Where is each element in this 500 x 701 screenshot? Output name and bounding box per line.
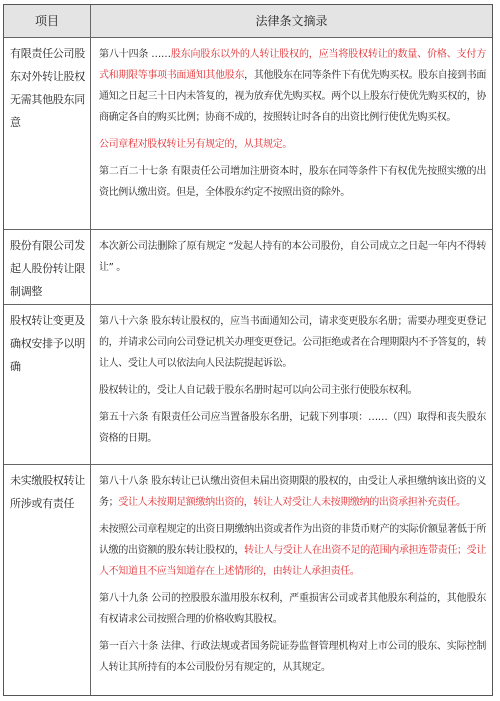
table-row: 未实缴股权转让所涉或有责任 第八十八条 股东转让已认缴出资但未届出资期限的股权的… [4,464,492,695]
item-cell: 股权转让变更及确权安排予以明确 [4,305,90,464]
law-text: 股权转让的，受让人自记载于股东名册时起可以向公司主张行使股东权利。 [99,385,417,396]
law-paragraph: 第二百二十七条 有限责任公司增加注册资本时，股东在同等条件下有权优先按照实缴的出… [99,161,486,203]
item-label: 股权转让变更及确权安排予以明确 [4,305,90,378]
table-row: 股权转让变更及确权安排予以明确 第八十六条 股东转让股权的，应当书面通知公司，请… [4,304,492,464]
item-label: 股份有限公司发起人股份转让限制调整 [4,230,90,303]
law-cell: 第八十八条 股东转让已认缴出资但未届出资期限的股权的，由受让人承担缴纳该出资的义… [90,465,492,695]
law-paragraph: 第八十九条 公司的控股股东滥用股东权利，严重损害公司或者其他股东利益的，其他股东… [99,588,486,630]
law-comparison-table: 项目 法律条文摘录 有限责任公司股东对外转让股权无需其他股东同意 第八十四条 …… [3,4,493,696]
highlighted-text: 受让人未按期足额缴纳出资的，转让人对受让人未按期缴纳的出资承担补充责任。 [118,497,465,508]
law-paragraph: 第一百六十条 法律、行政法规或者国务院证券监督管理机构对上市公司的股东、实际控制… [99,636,486,678]
law-paragraph: 第八十四条 ……股东向股东以外的人转让股权的，应当将股权转让的数量、价格、支付方… [99,44,486,128]
law-paragraph: 第八十六条 股东转让股权的，应当书面通知公司，请求变更股东名册；需要办理变更登记… [99,311,486,374]
highlighted-text: 公司章程对股权转让另有规定的，从其规定。 [99,139,292,150]
item-label: 未实缴股权转让所涉或有责任 [4,465,90,515]
law-paragraph: 股权转让的，受让人自记载于股东名册时起可以向公司主张行使股东权利。 [99,380,486,401]
law-paragraphs: 第八十四条 ……股东向股东以外的人转让股权的，应当将股权转让的数量、价格、支付方… [91,38,492,203]
law-paragraphs: 本次新公司法删除了原有规定 “发起人持有的本公司股份，自公司成立之日起一年内不得… [91,230,492,278]
law-paragraph: 公司章程对股权转让另有规定的，从其规定。 [99,134,486,155]
law-text: 本次新公司法删除了原有规定 “发起人持有的本公司股份，自公司成立之日起一年内不得… [99,241,486,273]
header-cell-law: 法律条文摘录 [90,5,492,37]
law-cell: 第八十四条 ……股东向股东以外的人转让股权的，应当将股权转让的数量、价格、支付方… [90,38,492,229]
law-text: 第八十六条 股东转让股权的，应当书面通知公司，请求变更股东名册；需要办理变更登记… [99,316,486,369]
item-cell: 未实缴股权转让所涉或有责任 [4,465,90,695]
table-row: 有限责任公司股东对外转让股权无需其他股东同意 第八十四条 ……股东向股东以外的人… [4,37,492,229]
law-paragraph: 本次新公司法删除了原有规定 “发起人持有的本公司股份，自公司成立之日起一年内不得… [99,236,486,278]
law-paragraph: 第五十六条 有限责任公司应当置备股东名册，记载下列事项：……（四）取得和丧失股东… [99,407,486,449]
law-paragraphs: 第八十八条 股东转让已认缴出资但未届出资期限的股权的，由受让人承担缴纳该出资的义… [91,465,492,678]
law-text: 第八十四条 …… [99,49,171,60]
law-text: 第五十六条 有限责任公司应当置备股东名册，记载下列事项：……（四）取得和丧失股东… [99,412,486,444]
table-header-row: 项目 法律条文摘录 [4,5,492,37]
header-cell-item: 项目 [4,5,90,37]
law-paragraph: 未按照公司章程规定的出资日期缴纳出资或者作为出资的非货币财产的实际价额显著低于所… [99,519,486,582]
table-row: 股份有限公司发起人股份转让限制调整 本次新公司法删除了原有规定 “发起人持有的本… [4,229,492,304]
item-label: 有限责任公司股东对外转让股权无需其他股东同意 [4,38,90,134]
law-cell: 本次新公司法删除了原有规定 “发起人持有的本公司股份，自公司成立之日起一年内不得… [90,230,492,304]
law-paragraphs: 第八十六条 股东转让股权的，应当书面通知公司，请求变更股东名册；需要办理变更登记… [91,305,492,449]
header-item-label: 项目 [4,5,90,37]
header-law-label: 法律条文摘录 [91,5,492,37]
item-cell: 有限责任公司股东对外转让股权无需其他股东同意 [4,38,90,229]
law-paragraph: 第八十八条 股东转让已认缴出资但未届出资期限的股权的，由受让人承担缴纳该出资的义… [99,471,486,513]
law-text: 第二百二十七条 有限责任公司增加注册资本时，股东在同等条件下有权优先按照实缴的出… [99,166,486,198]
law-text: 第八十九条 公司的控股股东滥用股东权利，严重损害公司或者其他股东利益的，其他股东… [99,593,486,625]
law-text: 第一百六十条 法律、行政法规或者国务院证券监督管理机构对上市公司的股东、实际控制… [99,641,486,673]
law-cell: 第八十六条 股东转让股权的，应当书面通知公司，请求变更股东名册；需要办理变更登记… [90,305,492,464]
item-cell: 股份有限公司发起人股份转让限制调整 [4,230,90,304]
